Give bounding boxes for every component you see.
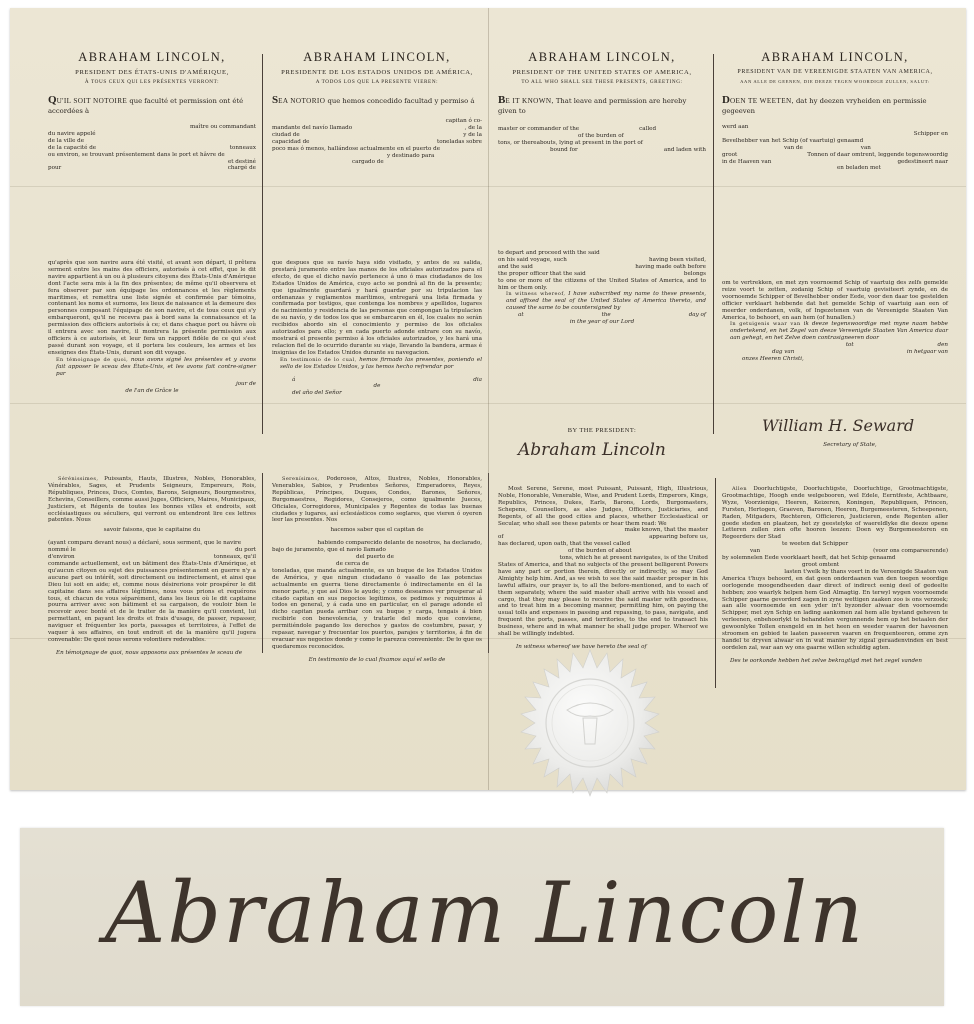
body-text: toneladas, que manda actualmente, es un … bbox=[272, 568, 482, 651]
greeting: À TOUS CEUX QUI LES PRÉSENTES VERRONT: bbox=[48, 77, 256, 87]
body-line: (ayant comparu devant nous) a déclaré, s… bbox=[48, 540, 256, 547]
english-column: ABRAHAM LINCOLN, PRESIDENT OF THE UNITED… bbox=[498, 50, 706, 154]
body-line: savoir faisons, que le capitaine du bbox=[48, 527, 256, 534]
body-line: de cerca de bbox=[272, 561, 482, 568]
spanish-body: que despues que su navío haya sido visit… bbox=[272, 260, 482, 397]
ships-passport-document: ABRAHAM LINCOLN, PRESIDENT DES ÉTATS-UNI… bbox=[10, 8, 966, 790]
column-rule bbox=[262, 473, 263, 653]
office-title: PRESIDENT DES ÉTATS-UNIS D'AMÉRIQUE, bbox=[48, 68, 256, 77]
president-name: ABRAHAM LINCOLN, bbox=[272, 50, 482, 65]
secretary-title: Secretary of State, bbox=[722, 442, 948, 449]
greeting: AAN ALLE DE GEENEN, DIE DEEZE TEGEN WOOR… bbox=[722, 77, 948, 87]
closing-line: En testimonio de lo cual fixamos aquí el… bbox=[272, 657, 482, 664]
dutch-column: ABRAHAM LINCOLN, PRESIDENT VAN DE VEREEN… bbox=[722, 50, 948, 172]
dutch-lower: Allen Doorluchtigste, Doorluchtigste, Do… bbox=[722, 486, 948, 665]
english-body: to depart and proceed with the said on h… bbox=[498, 250, 706, 326]
blank-label: cargado de bbox=[272, 159, 482, 166]
column-rule bbox=[713, 54, 714, 434]
greeting: TO ALL WHO SHALL SEE THESE PRESENTS, GRE… bbox=[498, 77, 706, 87]
lead-sentence: BE IT KNOWN, That leave and permission a… bbox=[498, 95, 706, 116]
french-body: qu'après que son navire aura été visité,… bbox=[48, 260, 256, 395]
center-fold bbox=[488, 8, 489, 790]
presidential-attestation: BY THE PRESIDENT: Abraham Lincoln bbox=[498, 428, 706, 461]
embossed-seal-icon bbox=[515, 648, 665, 798]
column-rule bbox=[488, 473, 489, 653]
witness-clause: In getuigenis waar van ik deeze tegenswo… bbox=[722, 321, 948, 342]
body-text: que despues que su navío haya sido visit… bbox=[272, 260, 482, 357]
signature-detail-panel: Abraham Lincoln bbox=[20, 828, 944, 1006]
by-the-president-label: BY THE PRESIDENT: bbox=[498, 428, 706, 435]
blank-label: de la ville de bbox=[48, 138, 256, 145]
body-line: to depart and proceed with the said bbox=[498, 250, 706, 257]
column-rule bbox=[715, 478, 716, 688]
blank-label: tons, or thereabouts, lying at present i… bbox=[498, 140, 706, 147]
blank-label: maître ou commandant bbox=[190, 124, 256, 131]
french-lower: Sérénissimes, Puissants, Hauts, Illustre… bbox=[48, 476, 256, 657]
blank-label: Bevelhebber van het Schip (of vaartuig) … bbox=[722, 138, 948, 145]
lincoln-signature-closeup: Abraham Lincoln bbox=[60, 858, 910, 968]
spanish-column: ABRAHAM LINCOLN, PRESIDENTE DE LOS ESTAD… bbox=[272, 50, 482, 166]
body-line: by solemnelen Eede voorklaart heeft, dat… bbox=[722, 555, 948, 562]
body-line: del puerto de bbox=[272, 554, 482, 561]
witness-clause: En testimonio de lo cual, hemos firmado … bbox=[272, 357, 482, 371]
president-name: ABRAHAM LINCOLN, bbox=[498, 50, 706, 65]
spanish-lower: Serenísimos, Poderosos, Altos, Ilustres,… bbox=[272, 476, 482, 664]
french-column: ABRAHAM LINCOLN, PRESIDENT DES ÉTATS-UNI… bbox=[48, 50, 256, 172]
body-text: to one or more of the citizens of the Un… bbox=[498, 278, 706, 292]
body-text: om te vertrekken, en met zyn voornoemd S… bbox=[722, 280, 948, 321]
lead-sentence: DOEN TE WEETEN, dat hy deezen vryheiden … bbox=[722, 95, 948, 116]
office-title: PRESIDENTE DE LOS ESTADOS UNIDOS DE AMÉR… bbox=[272, 68, 482, 77]
lead-sentence: SEA NOTORIO que hemos concedido facultad… bbox=[272, 95, 482, 106]
body-text: Most Serene, Serene, most Puissant, Puis… bbox=[498, 486, 708, 527]
president-name: ABRAHAM LINCOLN, bbox=[722, 50, 948, 65]
office-title: PRESIDENT OF THE UNITED STATES OF AMERIC… bbox=[498, 68, 706, 77]
blank-label: werd aan bbox=[722, 124, 948, 131]
dutch-body: om te vertrekken, en met zyn voornoemd S… bbox=[722, 280, 948, 363]
blank-label: du navire appelé bbox=[48, 131, 256, 138]
blank-label: of the burden of bbox=[498, 133, 706, 140]
lincoln-signature: Abraham Lincoln bbox=[498, 439, 706, 461]
body-line: bajo de juramento, que el navío llamado bbox=[272, 547, 482, 554]
body-line: has declared, upon oath, that the vessel… bbox=[498, 541, 708, 548]
blank-label: y destinado para bbox=[272, 153, 482, 160]
witness-clause: In witness whereof, I have subscribed my… bbox=[498, 291, 706, 312]
body-line: tons, which he at present navigates, is … bbox=[498, 555, 708, 562]
date-line: de l'an de Grâce le bbox=[48, 388, 256, 395]
office-title: PRESIDENT VAN DE VEREENIGDE STAATEN VAN … bbox=[722, 68, 948, 77]
body-line: lasten t'welk hy thans voert in de Veree… bbox=[722, 569, 948, 576]
english-lower: Most Serene, Serene, most Puissant, Puis… bbox=[498, 486, 708, 651]
body-line: groot omtent bbox=[722, 562, 948, 569]
body-text: America t'huys behoord, en dat geen onde… bbox=[722, 576, 948, 652]
seward-signature: William H. Seward bbox=[722, 416, 948, 436]
body-line: make known, that the master bbox=[498, 527, 708, 534]
column-rule bbox=[262, 54, 263, 434]
closing-line: En témoignage de quoi, nous apposons aux… bbox=[48, 650, 256, 657]
date-line: del año del Señor bbox=[272, 390, 482, 397]
president-name: ABRAHAM LINCOLN, bbox=[48, 50, 256, 65]
secretary-attestation: William H. Seward Secretary of State, bbox=[722, 416, 948, 449]
greeting: A TODOS LOS QUE LA PRESENTE VIEREN: bbox=[272, 77, 482, 87]
closing-line: Des te oorkonde hebben het zelve bekragt… bbox=[722, 658, 948, 665]
body-text: States of America, and that no subjects … bbox=[498, 562, 708, 638]
date-line: onzes Heeren Christi, bbox=[722, 356, 948, 363]
blank-label: ou environ, se trouvant présentement dan… bbox=[48, 152, 256, 159]
blank-label: en beladen met bbox=[722, 165, 948, 172]
witness-clause: En témoignage de quoi, nous avons signé … bbox=[48, 357, 256, 378]
body-line: hacemos saber que el capitan de bbox=[272, 527, 482, 534]
blank-label: poco mas ó menos, hallándose actualmente… bbox=[272, 146, 482, 153]
body-text: qu'après que son navire aura été visité,… bbox=[48, 260, 256, 357]
body-line: of the burden of about bbox=[498, 548, 708, 555]
date-line: in the year of our Lord bbox=[498, 319, 706, 326]
body-text: commande actuellement, est un bâtiment d… bbox=[48, 561, 256, 644]
lead-sentence: QU'IL SOIT NOTOIRE que faculté et permis… bbox=[48, 95, 256, 116]
